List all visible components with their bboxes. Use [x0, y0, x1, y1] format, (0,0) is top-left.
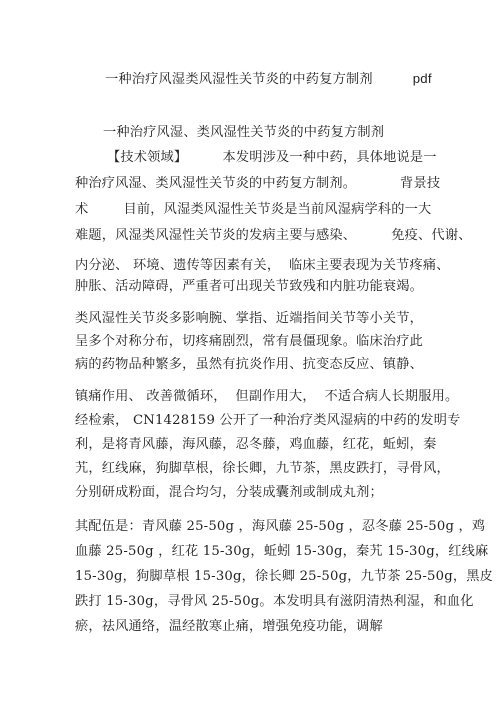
paragraph-line: 镇痛作用、 改善微循环， 但副作用大， 不适合病人长期服用。: [75, 389, 458, 405]
paragraph-line: 呈多个对称分布，切疼痛剧烈，常有晨僵现象。临床治疗此: [75, 334, 423, 350]
paragraph-line: 难题，风湿类风湿性关节炎的发病主要与感染、 免疫、代谢、: [75, 228, 472, 244]
header-title-row: 一种治疗风湿类风湿性关节炎的中药复方制剂pdf: [105, 71, 432, 88]
paragraph-line: 艽，红线麻，狗脚草根，徐长卿，九节茶，黑皮跌打，寻骨风，: [75, 461, 450, 477]
paragraph-line: 术 目前，风湿类风湿性关节炎是当前风湿病学科的一大: [75, 202, 431, 218]
paragraph-line: 经检索， CN1428159 公开了一种治疗类风湿病的中药的发明专: [75, 413, 460, 429]
header-title: 一种治疗风湿类风湿性关节炎的中药复方制剂: [105, 72, 373, 87]
paragraph-line: 分别研成粉面，混合均匀，分装成囊剂或制成丸剂；: [75, 485, 383, 501]
paragraph-line: 内分泌、 环境、遗传等因素有关， 临床主要表现为关节疼痛、: [75, 258, 450, 274]
header-suffix: pdf: [413, 71, 432, 86]
paragraph-line: 瘀，祛风通络，温经散寒止痛，增强免疫功能，调解: [75, 619, 383, 635]
paragraph-line: 利，是将青风藤，海风藤，忍冬藤，鸡血藤，红花，蚯蚓，秦: [75, 437, 436, 453]
paragraph-line: 病的药物品种繁多，虽然有抗炎作用、抗变态反应、镇静、: [75, 357, 423, 373]
document-title: 一种治疗风湿、类风湿性关节炎的中药复方制剂: [103, 125, 384, 141]
paragraph-line: 血藤 25-50g ，红花 15-30g，蚯蚓 15-30g，秦艽 15-30g…: [75, 544, 488, 560]
paragraph-line: 种治疗风湿、类风湿性关节炎的中药复方制剂。 背景技: [75, 176, 440, 192]
paragraph-line: 其配伍是：青风藤 25-50g ，海风藤 25-50g ，忍冬藤 25-50g …: [75, 519, 485, 535]
paragraph-line: 【技术领域】 本发明涉及一种中药，具体地说是一: [107, 150, 437, 166]
paragraph-line: 肿胀、活动障碍，严重者可出现关节致残和内脏功能衰竭。: [75, 279, 423, 295]
paragraph-line: 15-30g，狗脚草根 15-30g，徐长卿 25-50g，九节茶 25-50g…: [75, 569, 493, 585]
paragraph-line: 跌打 15-30g，寻骨风 25-50g。本发明具有滋阴清热利湿，和血化: [75, 594, 474, 610]
paragraph-line: 类风湿性关节炎多影响腕、掌指、近端指间关节等小关节，: [75, 311, 423, 327]
